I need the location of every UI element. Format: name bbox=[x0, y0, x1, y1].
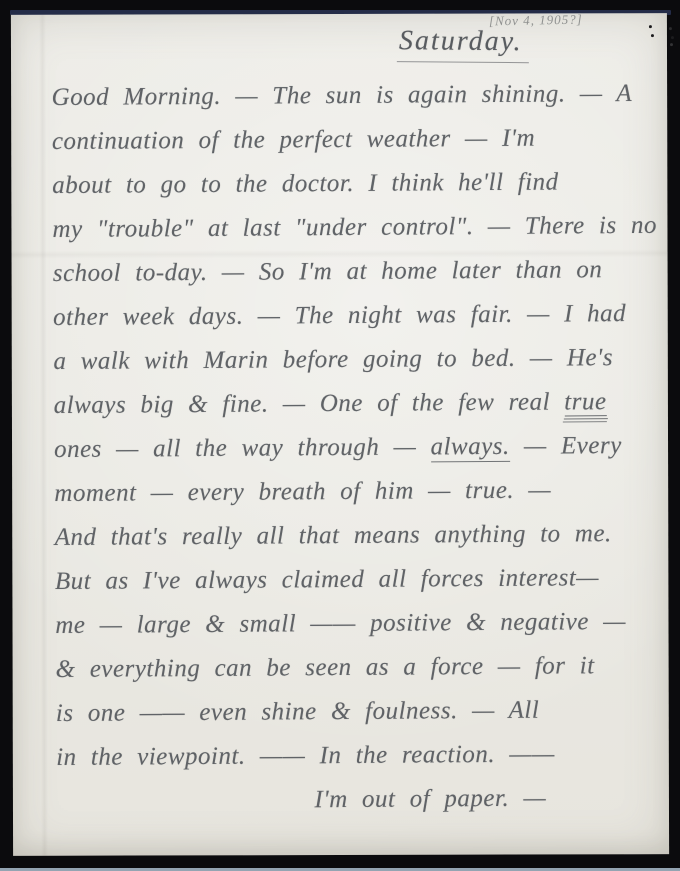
letter-text: — Every bbox=[510, 432, 622, 460]
letter-line: continuation of the perfect weather — I'… bbox=[52, 116, 644, 164]
letter-page: [Nov 4, 1905?] Saturday. Good Morning. —… bbox=[11, 13, 669, 856]
letter-line: And that's really all that means anythin… bbox=[55, 512, 647, 560]
letter-text: me — large & small —— positive & negativ… bbox=[55, 608, 626, 639]
letter-line: in the viewpoint. —— In the reaction. —— bbox=[56, 732, 648, 780]
letter-text: is one —— even shine & foulness. — All bbox=[56, 697, 540, 727]
letter-line: always big & fine. — One of the few real… bbox=[54, 380, 646, 428]
letter-line: ones — all the way through — always. — E… bbox=[54, 424, 646, 472]
letter-line: is one —— even shine & foulness. — All bbox=[56, 688, 648, 736]
letter-text: my "trouble" at last "under control". — … bbox=[52, 212, 657, 243]
letter-line: moment — every breath of him — true. — bbox=[54, 468, 646, 516]
letter-text: always big & fine. — One of the few real bbox=[54, 388, 565, 419]
letter-text: I'm out of paper. — bbox=[314, 785, 546, 814]
letter-date-heading: Saturday. bbox=[397, 25, 529, 63]
scan-background: [Nov 4, 1905?] Saturday. Good Morning. —… bbox=[0, 0, 680, 871]
letter-line: & everything can be seen as a force — fo… bbox=[55, 644, 647, 692]
letter-text: school to-day. — So I'm at home later th… bbox=[53, 256, 603, 287]
letter-text: But as I've always claimed all forces in… bbox=[55, 564, 599, 595]
letter-line: I'm out of paper. — bbox=[314, 776, 648, 822]
ink-speck-dots bbox=[649, 25, 652, 28]
underlined-word: always. bbox=[430, 433, 509, 463]
letter-text: ones — all the way through — bbox=[54, 433, 431, 463]
letter-line: me — large & small —— positive & negativ… bbox=[55, 600, 647, 648]
letter-line: other week days. — The night was fair. —… bbox=[53, 292, 645, 340]
letter-text: a walk with Marin before going to bed. —… bbox=[53, 344, 613, 375]
letter-text: And that's really all that means anythin… bbox=[55, 520, 612, 551]
letter-text: about to go to the doctor. I think he'll… bbox=[52, 169, 559, 200]
letter-body: Good Morning. — The sun is again shining… bbox=[51, 72, 648, 824]
letter-line: a walk with Marin before going to bed. —… bbox=[53, 336, 645, 384]
letter-line: Good Morning. — The sun is again shining… bbox=[51, 72, 643, 120]
letter-line: my "trouble" at last "under control". — … bbox=[52, 204, 644, 252]
letter-line: about to go to the doctor. I think he'll… bbox=[52, 160, 644, 208]
letter-text: in the viewpoint. —— In the reaction. —— bbox=[56, 741, 555, 771]
letter-line: school to-day. — So I'm at home later th… bbox=[53, 248, 645, 296]
letter-text: Good Morning. — The sun is again shining… bbox=[51, 80, 632, 111]
letter-text: continuation of the perfect weather — I'… bbox=[52, 125, 535, 155]
letter-text: other week days. — The night was fair. —… bbox=[53, 300, 626, 331]
underlined-word: true bbox=[564, 388, 606, 416]
letter-text: & everything can be seen as a force — fo… bbox=[55, 652, 594, 683]
letter-line: But as I've always claimed all forces in… bbox=[55, 556, 647, 604]
letter-text: moment — every breath of him — true. — bbox=[54, 477, 551, 507]
